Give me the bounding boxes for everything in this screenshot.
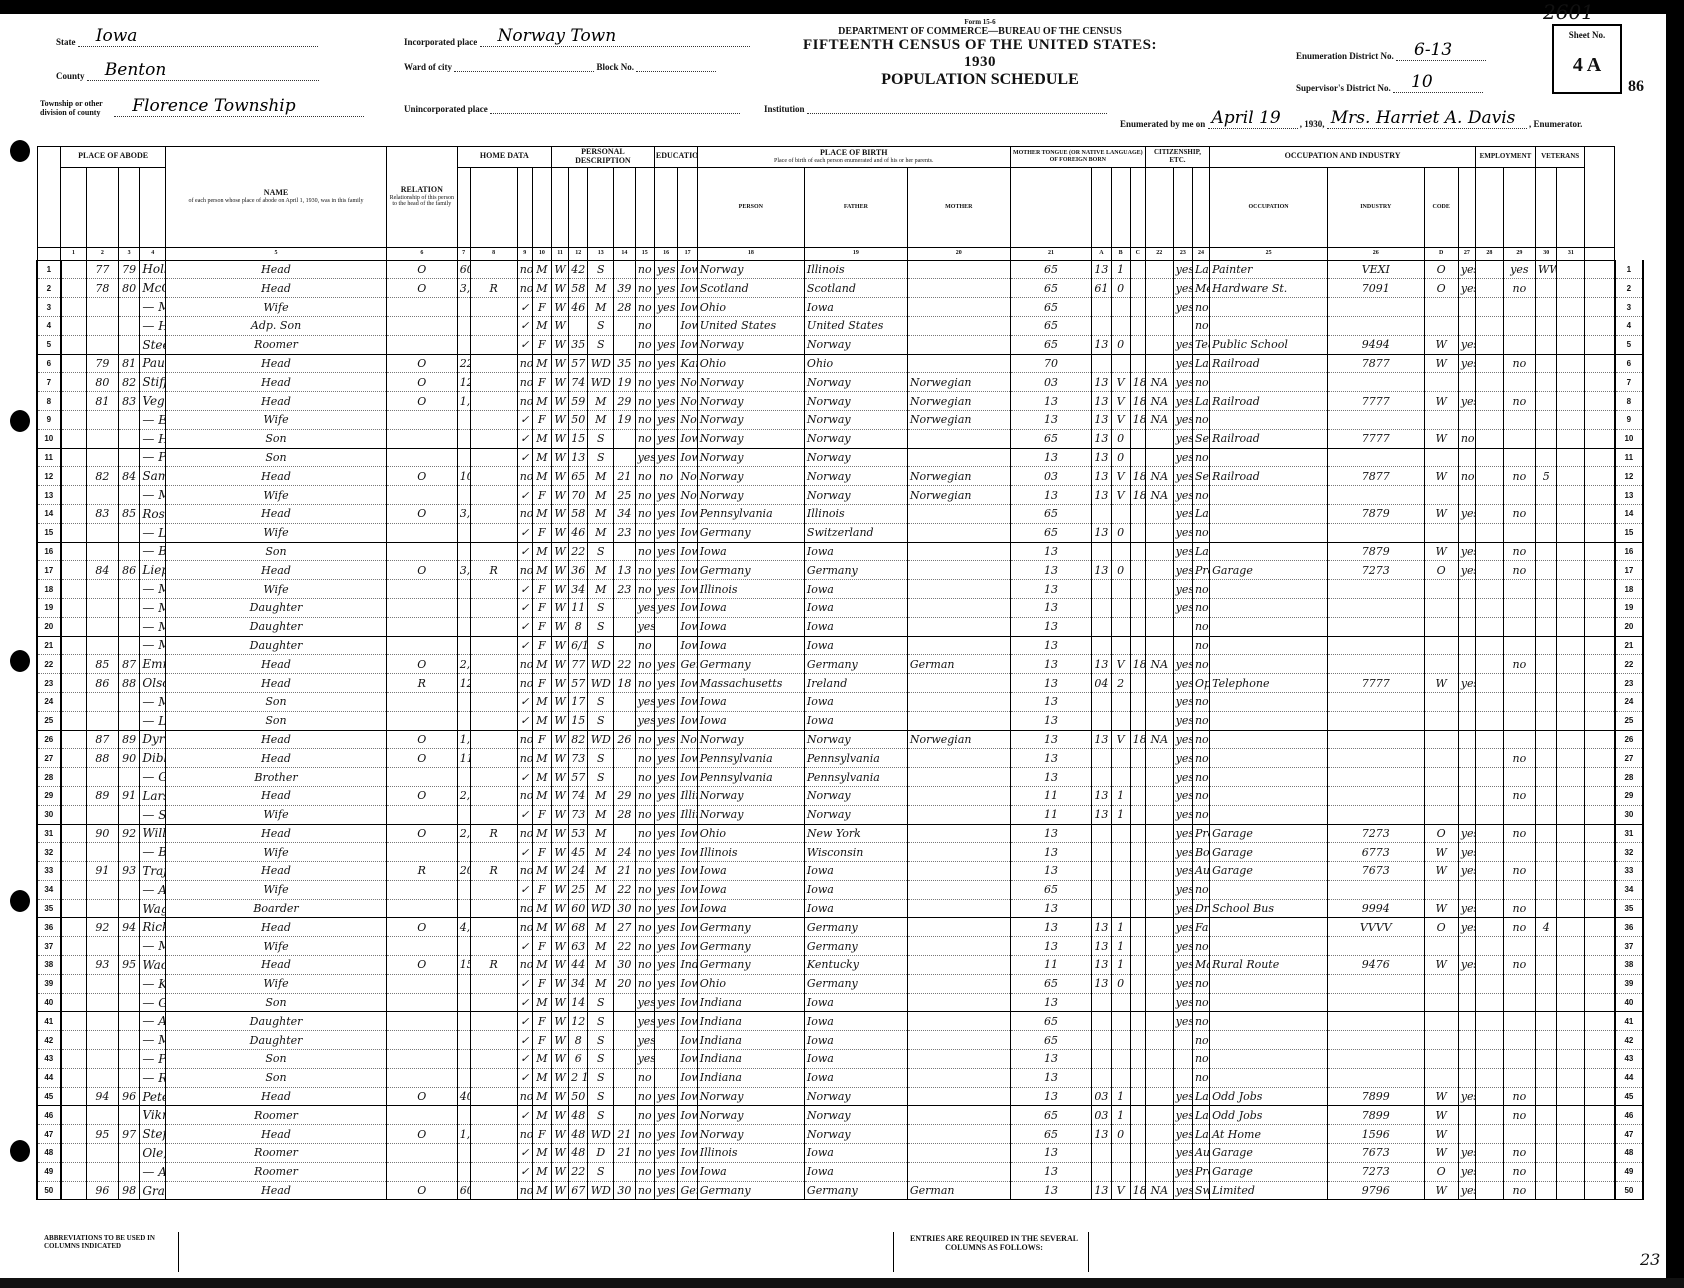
dwelling-number [86, 768, 118, 787]
relation: Roomer [166, 335, 387, 354]
empty-cell [1557, 523, 1585, 542]
industry [1210, 655, 1328, 674]
veteran [1503, 429, 1535, 448]
dwelling-number [86, 711, 118, 730]
birthplace-person: Iowa [678, 1162, 697, 1181]
birthplace-mother: Wisconsin [804, 843, 907, 862]
empty-cell [1557, 335, 1585, 354]
radio-set [470, 937, 517, 956]
radio-set [470, 617, 517, 636]
line-number: 17 [37, 561, 61, 580]
veteran: no [1503, 467, 1535, 486]
marital-status: WD [588, 674, 614, 693]
empty-cell [1585, 316, 1615, 335]
table-row: 148385Rose, GeorgeHeadO3,000noMW58M34noy… [37, 504, 1643, 523]
at-work: yes [1458, 824, 1475, 843]
empty-cell [1557, 542, 1585, 561]
class-of-worker: W [1424, 354, 1458, 373]
speaks-english: yes [1173, 1125, 1192, 1144]
supervisor-district-field: Supervisor's District No. 10 [1296, 72, 1483, 93]
person-name: — Katherine [140, 974, 166, 993]
empty-cell [1475, 429, 1503, 448]
code-c [1111, 354, 1130, 373]
occupation-code: 9994 [1328, 899, 1424, 918]
code-c [1111, 542, 1130, 561]
birthplace-person: Iowa [678, 580, 697, 599]
person-name: — Bernard [140, 542, 166, 561]
naturalization [1145, 711, 1173, 730]
person-name: Stifferson, Sarah [140, 373, 166, 392]
radio-set [470, 843, 517, 862]
veteran [1503, 768, 1535, 787]
birthplace-mother: Germany [804, 937, 907, 956]
person-name: Vikre, Theodore [140, 1106, 166, 1125]
birthplace-mother: Iowa [804, 598, 907, 617]
speaks-english [1173, 1050, 1192, 1069]
column-number: 19 [804, 247, 907, 260]
farm: no [517, 561, 532, 580]
empty-cell [1585, 598, 1615, 617]
empty-cell [1585, 392, 1615, 411]
line-number: 5 [37, 335, 61, 354]
home-tenure: O [386, 279, 457, 298]
family-number [118, 298, 139, 317]
relation: Son [166, 692, 387, 711]
dwelling-number [86, 1050, 118, 1069]
code-c: 0 [1111, 448, 1130, 467]
veteran [1503, 730, 1535, 749]
age: 59 [569, 392, 588, 411]
can-read-write: yes [654, 1181, 678, 1200]
family-number [118, 711, 139, 730]
birthplace-person: Iowa [678, 899, 697, 918]
immigration-year [1130, 335, 1145, 354]
person-name: Veg, Mandelus [140, 392, 166, 411]
immigration-year [1130, 1162, 1145, 1181]
class-of-worker [1424, 617, 1458, 636]
school-attendance: no [635, 523, 654, 542]
empty-cell [1557, 1125, 1585, 1144]
mother-tongue [907, 298, 1010, 317]
sex: F [532, 373, 551, 392]
family-number [118, 448, 139, 467]
code-c: 1 [1111, 1087, 1130, 1106]
age: 13 [569, 448, 588, 467]
race: W [551, 523, 568, 542]
marital-status: M [588, 956, 614, 975]
class-of-worker: W [1424, 843, 1458, 862]
at-work [1458, 410, 1475, 429]
war-or-unemployment-no [1535, 1087, 1556, 1106]
code-c [1111, 316, 1130, 335]
radio-set [470, 993, 517, 1012]
age-first-marriage [614, 1087, 635, 1106]
relation: Head [166, 862, 387, 881]
empty-cell [61, 730, 87, 749]
speaks-english: yes [1173, 279, 1192, 298]
line-number: 43 [1615, 1050, 1643, 1069]
sex: F [532, 486, 551, 505]
family-number: 86 [118, 561, 139, 580]
birthplace-person: Iowa [678, 1012, 697, 1031]
naturalization [1145, 279, 1173, 298]
table-row: 32— BlancheWife✓FW45M24noyesIowaIllinois… [37, 843, 1643, 862]
school-attendance: no [635, 1087, 654, 1106]
occupation: none [1192, 1068, 1209, 1087]
can-read-write [654, 1050, 678, 1069]
empty-cell [1475, 598, 1503, 617]
immigration-year [1130, 1068, 1145, 1087]
age: 77 [569, 655, 588, 674]
sex: F [532, 880, 551, 899]
empty-cell [61, 711, 87, 730]
sex: F [532, 335, 551, 354]
table-row: 48Ole, Lewis A.Roomer✓MW48D21noyesIowaIl… [37, 1144, 1643, 1163]
war-or-unemployment-no [1535, 617, 1556, 636]
war-or-unemployment-no [1535, 1050, 1556, 1069]
industry [1210, 749, 1328, 768]
naturalization [1145, 899, 1173, 918]
at-work: yes [1458, 561, 1475, 580]
class-of-worker [1424, 711, 1458, 730]
school-attendance: no [635, 1162, 654, 1181]
occupation-code [1328, 1050, 1424, 1069]
code-c [1111, 1068, 1130, 1087]
empty-cell [61, 617, 87, 636]
naturalization [1145, 937, 1173, 956]
can-read-write: yes [654, 749, 678, 768]
naturalization [1145, 843, 1173, 862]
family-number [118, 937, 139, 956]
sex: M [532, 1068, 551, 1087]
code-b [1092, 880, 1111, 899]
name-header: NAMEof each person whose place of abode … [166, 147, 387, 248]
line-number: 46 [1615, 1106, 1643, 1125]
person-name: Steen, Wilmina [140, 335, 166, 354]
family-number [118, 993, 139, 1012]
farm: ✓ [517, 1012, 532, 1031]
code-a: 65 [1010, 1106, 1091, 1125]
occupation: Auto Mechanic [1192, 1144, 1209, 1163]
person-name: — Mildred [140, 1031, 166, 1050]
at-work: yes [1458, 335, 1475, 354]
family-number [118, 880, 139, 899]
marital-status: M [588, 805, 614, 824]
age-first-marriage: 25 [614, 486, 635, 505]
industry: Rural Route [1210, 956, 1328, 975]
radio-set [470, 410, 517, 429]
code-a: 13 [1010, 1068, 1091, 1087]
empty-cell [1585, 1031, 1615, 1050]
can-read-write: yes [654, 542, 678, 561]
scan-border-bottom [0, 1278, 1684, 1288]
veteran: no [1503, 956, 1535, 975]
birthplace-father: Norway [697, 260, 804, 279]
race: W [551, 316, 568, 335]
sex: F [532, 598, 551, 617]
race: W [551, 768, 568, 787]
can-read-write: yes [654, 598, 678, 617]
sex: M [532, 899, 551, 918]
empty-cell [1585, 974, 1615, 993]
speaks-english: yes [1173, 298, 1192, 317]
farm-schedule-header [1585, 147, 1615, 248]
race: W [551, 937, 568, 956]
empty-cell [1475, 523, 1503, 542]
empty-cell [1475, 260, 1503, 279]
mother-tongue [907, 504, 1010, 523]
school-attendance: no [635, 730, 654, 749]
empty-cell [1585, 956, 1615, 975]
empty-cell [1557, 993, 1585, 1012]
age: 42 [569, 260, 588, 279]
code-c: V [1111, 730, 1130, 749]
code-b: 13 [1092, 486, 1111, 505]
naturalization [1145, 880, 1173, 899]
column-number: 30 [1535, 247, 1556, 260]
farm: ✓ [517, 1144, 532, 1163]
immigration-year: 1869 [1130, 655, 1145, 674]
dwelling-number [86, 580, 118, 599]
line-number: 6 [37, 354, 61, 373]
speaks-english: yes [1173, 937, 1192, 956]
empty-cell [61, 1162, 87, 1181]
line-number: 1 [1615, 260, 1643, 279]
age: 22 [569, 1162, 588, 1181]
immigration-year [1130, 880, 1145, 899]
dwelling-number [86, 1144, 118, 1163]
at-work [1458, 805, 1475, 824]
empty-cell [1585, 486, 1615, 505]
line-number: 13 [1615, 486, 1643, 505]
at-work: no [1458, 467, 1475, 486]
home-value [457, 486, 470, 505]
empty-cell [1585, 260, 1615, 279]
place-of-abode-header: PLACE OF ABODE [61, 147, 166, 168]
occupation: none [1192, 1012, 1209, 1031]
home-value: 600 [457, 1181, 470, 1200]
code-c [1111, 1050, 1130, 1069]
industry: Painter [1210, 260, 1328, 279]
war-or-unemployment-no [1535, 316, 1556, 335]
immigration-year [1130, 862, 1145, 881]
birthplace-father: Germany [697, 956, 804, 975]
birthplace-mother: Pennsylvania [804, 768, 907, 787]
occupation: none [1192, 937, 1209, 956]
code-b: 61 [1092, 279, 1111, 298]
family-number [118, 1012, 139, 1031]
family-number [118, 843, 139, 862]
class-of-worker [1424, 580, 1458, 599]
birthplace-father: Germany [697, 1181, 804, 1200]
marital-status: M [588, 298, 614, 317]
empty-cell [61, 974, 87, 993]
sex: M [532, 279, 551, 298]
table-row: 35Wagner, AlbertBoardernoMW60WD30noyesIo… [37, 899, 1643, 918]
sex: M [532, 354, 551, 373]
column-number: 15 [635, 247, 654, 260]
school-attendance: no [635, 636, 654, 655]
mother-tongue [907, 636, 1010, 655]
war-or-unemployment-no [1535, 956, 1556, 975]
code-c [1111, 1012, 1130, 1031]
veteran [1503, 1012, 1535, 1031]
home-value [457, 1068, 470, 1087]
war-or-unemployment-no [1535, 711, 1556, 730]
race: W [551, 429, 568, 448]
line-number: 28 [37, 768, 61, 787]
code-c: 0 [1111, 429, 1130, 448]
marital-status: M [588, 918, 614, 937]
dwelling-number [86, 937, 118, 956]
person-name: Gramlich, Frank [140, 1181, 166, 1200]
mother-tongue: German [907, 655, 1010, 674]
code-a: 13 [1010, 768, 1091, 787]
age-first-marriage: 26 [614, 730, 635, 749]
farm: no [517, 467, 532, 486]
relation: Wife [166, 974, 387, 993]
occupation: Driver [1192, 899, 1209, 918]
age: 34 [569, 580, 588, 599]
radio-set [470, 636, 517, 655]
mother-tongue [907, 335, 1010, 354]
code-a: 13 [1010, 1087, 1091, 1106]
empty-cell [1557, 824, 1585, 843]
marital-status: S [588, 636, 614, 655]
person-name: — Sophia [140, 805, 166, 824]
empty-cell [1475, 486, 1503, 505]
occupation: none [1192, 598, 1209, 617]
empty-cell [61, 504, 87, 523]
home-value: 12 [457, 674, 470, 693]
industry [1210, 373, 1328, 392]
occupation: Laborer [1192, 354, 1209, 373]
empty-cell [1557, 598, 1585, 617]
marital-status: S [588, 1031, 614, 1050]
sex: F [532, 974, 551, 993]
occupation: Merchant [1192, 279, 1209, 298]
school-attendance: no [635, 974, 654, 993]
age: 25 [569, 880, 588, 899]
empty-cell [1475, 674, 1503, 693]
occupation-code [1328, 316, 1424, 335]
home-value: 600 [457, 260, 470, 279]
can-read-write: yes [654, 880, 678, 899]
birthplace-mother: Germany [804, 1181, 907, 1200]
birthplace-mother: Norway [804, 392, 907, 411]
empty-cell [1557, 580, 1585, 599]
dwelling-number [86, 523, 118, 542]
code-a: 13 [1010, 692, 1091, 711]
naturalization [1145, 429, 1173, 448]
dwelling-number [86, 1031, 118, 1050]
line-number: 23 [1615, 674, 1643, 693]
age-first-marriage [614, 448, 635, 467]
birthplace-mother: Iowa [804, 542, 907, 561]
dwelling-number [86, 617, 118, 636]
farm: ✓ [517, 711, 532, 730]
birthplace-father: Norway [697, 1087, 804, 1106]
birthplace-mother: Germany [804, 561, 907, 580]
immigration-year [1130, 598, 1145, 617]
class-of-worker [1424, 786, 1458, 805]
home-value [457, 711, 470, 730]
school-attendance: yes [635, 692, 654, 711]
age: 58 [569, 279, 588, 298]
radio-set: R [470, 862, 517, 881]
marital-status: M [588, 467, 614, 486]
class-of-worker [1424, 410, 1458, 429]
naturalization [1145, 1050, 1173, 1069]
birthplace-father: Indiana [697, 1031, 804, 1050]
race: W [551, 373, 568, 392]
institution-field: Institution [764, 104, 1107, 114]
sex: F [532, 617, 551, 636]
empty-cell [1475, 467, 1503, 486]
empty-cell [1475, 354, 1503, 373]
family-number [118, 636, 139, 655]
naturalization [1145, 580, 1173, 599]
birthplace-person: Iowa [678, 335, 697, 354]
home-value [457, 542, 470, 561]
code-b: 13 [1092, 974, 1111, 993]
empty-cell [1475, 373, 1503, 392]
can-read-write: yes [654, 1125, 678, 1144]
race: W [551, 467, 568, 486]
relation: Wife [166, 880, 387, 899]
mother-tongue [907, 880, 1010, 899]
age: 15 [569, 429, 588, 448]
empty-cell [1475, 730, 1503, 749]
age: 58 [569, 504, 588, 523]
table-row: 369294Rickard, HenryHeadO4,000noMW68M27n… [37, 918, 1643, 937]
line-number: 4 [1615, 316, 1643, 335]
marital-status: D [588, 1144, 614, 1163]
immigration-year [1130, 899, 1145, 918]
empty-cell [1557, 316, 1585, 335]
person-name: Dibbon, Clemens [140, 749, 166, 768]
empty-cell [1475, 392, 1503, 411]
person-name: Larson, Lewis E. [140, 786, 166, 805]
veterans-header: VETERANS [1535, 147, 1584, 168]
code-a: 13 [1010, 542, 1091, 561]
person-name: Trajovsky, Victor [140, 862, 166, 881]
home-tenure: O [386, 373, 457, 392]
birthplace-mother: Iowa [804, 993, 907, 1012]
empty-cell [1475, 1050, 1503, 1069]
line-number: 8 [1615, 392, 1643, 411]
farm: no [517, 824, 532, 843]
dwelling-number [86, 1106, 118, 1125]
class-of-worker: O [1424, 561, 1458, 580]
occupation-code [1328, 993, 1424, 1012]
can-read-write: yes [654, 937, 678, 956]
radio-set: R [470, 279, 517, 298]
age-first-marriage [614, 711, 635, 730]
marital-status: M [588, 486, 614, 505]
radio-set [470, 1144, 517, 1163]
speaks-english: yes [1173, 692, 1192, 711]
occupation-code [1328, 486, 1424, 505]
radio-set [470, 786, 517, 805]
mother-tongue: Norwegian [907, 730, 1010, 749]
school-attendance: no [635, 768, 654, 787]
table-row: 389395Wack, John H.HeadO1500RnoMW44M30no… [37, 956, 1643, 975]
naturalization [1145, 768, 1173, 787]
race: W [551, 674, 568, 693]
home-tenure [386, 711, 457, 730]
veteran [1503, 993, 1535, 1012]
